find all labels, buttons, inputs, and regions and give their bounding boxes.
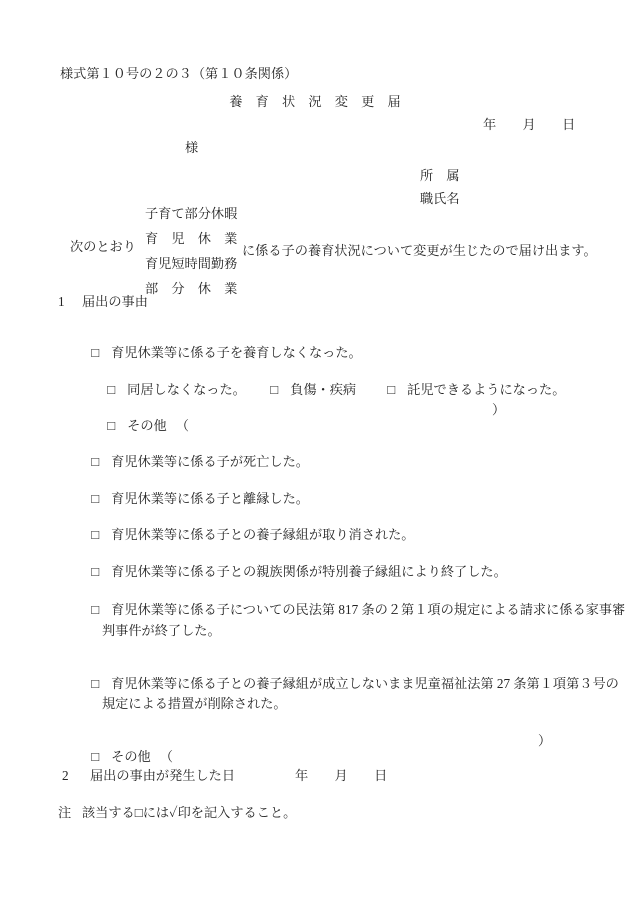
open-paren: （: [160, 749, 173, 764]
checkbox-welfare-measure-removed[interactable]: □: [91, 676, 99, 692]
preamble-lead: 次のとおり: [70, 239, 136, 255]
reason-label: 育児休業等に係る子との養子縁組が取り消された。: [111, 527, 414, 542]
other-detail-field[interactable]: [170, 733, 530, 748]
checkbox-dissolved-adoption[interactable]: □: [91, 491, 99, 507]
reason-label: 育児休業等に係る子と離縁した。: [111, 491, 309, 506]
reason-label: 育児休業等に係る子を養育しなくなった。: [111, 345, 362, 360]
checkbox-childcare-available[interactable]: □: [387, 382, 395, 398]
reason-row-welfare-measure-removed-line2: 規定による措置が削除された。: [102, 696, 287, 712]
reason-row-family-court-case-ended-line2: 判事件が終了した。: [102, 623, 221, 639]
open-paren: （: [176, 418, 189, 433]
section1-heading: 届出の事由: [82, 294, 148, 310]
checkbox-other[interactable]: □: [91, 749, 99, 765]
affiliation-label: 所 属: [420, 168, 460, 184]
section2-number: 2: [62, 768, 69, 784]
checkbox-family-court-case-ended[interactable]: □: [91, 602, 99, 618]
close-paren: ）: [492, 402, 505, 418]
close-paren: ）: [538, 733, 551, 749]
section2-date-line: 年 月 日: [295, 768, 387, 784]
form-number: 様式第１０号の２の３（第１０条関係）: [60, 66, 297, 82]
section1-number: 1: [58, 294, 65, 310]
subreason-label: その他: [127, 418, 167, 433]
reason-label: 育児休業等に係る子との養子縁組が成立しないまま児童福祉法第 27 条第１項第３号…: [111, 676, 619, 691]
leave-option-childcare-leave: 育 児 休 業: [145, 231, 237, 247]
subreason-label: 託児できるようになった。: [407, 382, 565, 397]
header-date-line: 年 月 日: [483, 117, 575, 133]
preamble-tail: に係る子の養育状況について変更が生じたので届け出ます。: [242, 243, 597, 259]
checkbox-stopped-raising[interactable]: □: [91, 345, 99, 361]
checkbox-other-sub[interactable]: □: [107, 418, 115, 434]
checkbox-kinship-ended-special-adoption[interactable]: □: [91, 564, 99, 580]
leave-option-partial-leave: 部 分 休 業: [145, 281, 237, 297]
section2-heading: 届出の事由が発生した日: [90, 768, 235, 784]
checkbox-no-longer-cohabiting[interactable]: □: [107, 382, 115, 398]
reason-label: その他: [111, 749, 151, 764]
checkbox-child-died[interactable]: □: [91, 454, 99, 470]
form-page: 様式第１０号の２の３（第１０条関係） 養 育 状 況 変 更 届 年 月 日 様…: [0, 0, 630, 903]
leave-option-shortened-hours: 育児短時間勤務: [145, 256, 237, 272]
reason-label: 育児休業等に係る子との親族関係が特別養子縁組により終了した。: [111, 564, 507, 579]
subreason-label: 負傷・疾病: [290, 382, 356, 397]
subreason-label: 同居しなくなった。: [127, 382, 246, 397]
note-text: 該当する□には✓印を記入すること。: [82, 805, 296, 821]
reason-label: 育児休業等に係る子が死亡した。: [111, 454, 309, 469]
note-label: 注: [58, 805, 71, 821]
other-sub-detail-field[interactable]: [185, 402, 480, 417]
form-title: 養 育 状 況 変 更 届: [0, 94, 630, 110]
leave-option-childcare-partial-leave: 子育て部分休暇: [145, 206, 237, 222]
reason-label: 育児休業等に係る子についての民法第 817 条の２第１項の規定による請求に係る家…: [111, 602, 625, 617]
checkbox-adoption-rescinded[interactable]: □: [91, 527, 99, 543]
addressee-suffix: 様: [185, 140, 198, 156]
job-name-label: 職氏名: [420, 191, 460, 207]
checkbox-injury-illness[interactable]: □: [270, 382, 278, 398]
